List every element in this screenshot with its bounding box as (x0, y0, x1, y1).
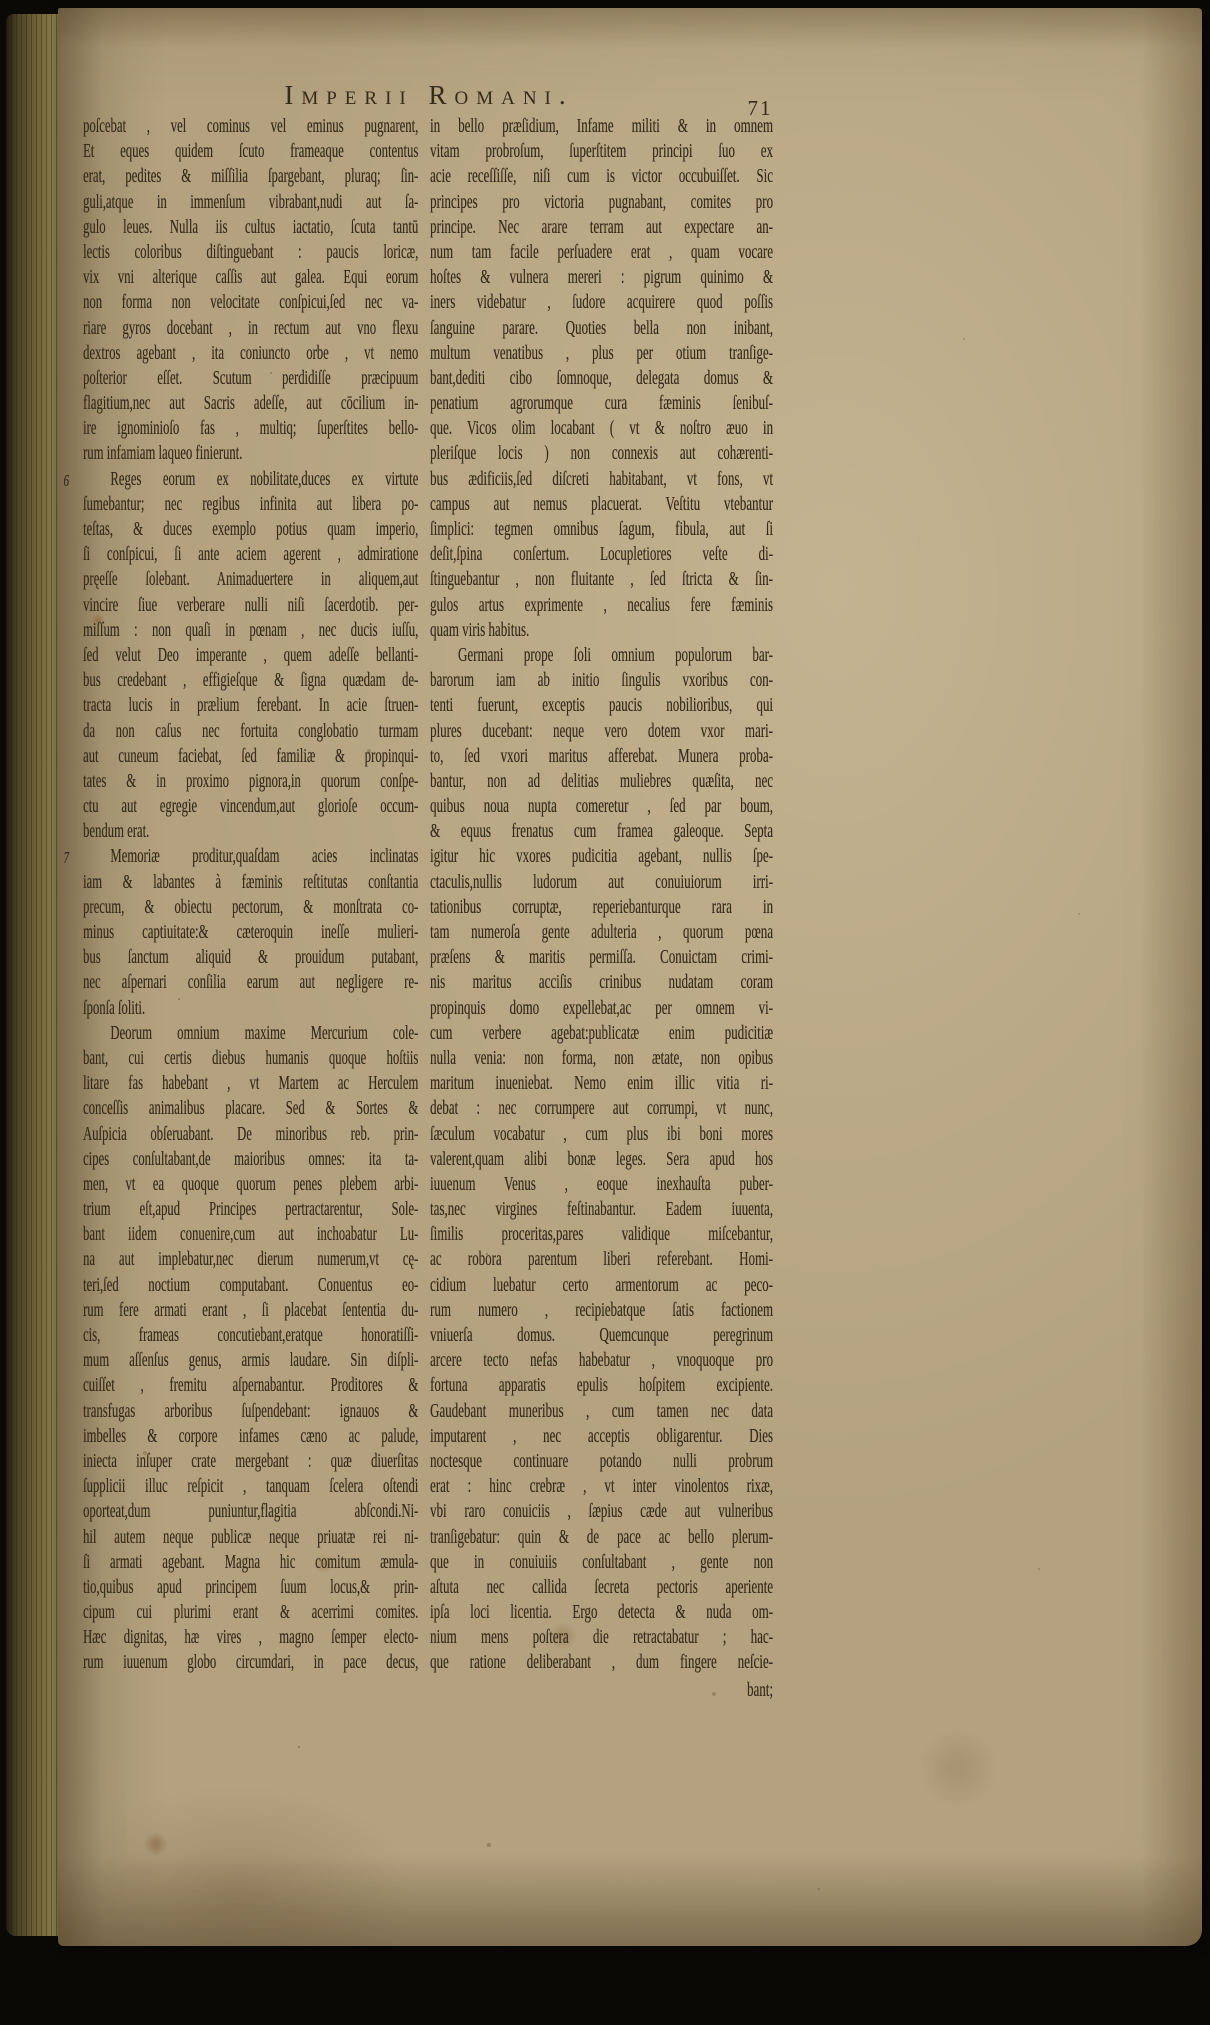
text-line: non forma non velocitate conſpicui,ſed n… (83, 290, 418, 315)
text-column-right: in bello præſidium, Infame militi & in o… (430, 114, 773, 1676)
text-line: ſumebantur; nec regibus infinita aut lib… (83, 492, 418, 517)
text-line: que in conuiuiis conſultabant , gente no… (430, 1550, 773, 1575)
text-line: minus captiuitate:& cæteroquin ineſſe mu… (83, 920, 418, 945)
text-line: nium mens poſtera die retractabatur ; ha… (430, 1625, 773, 1650)
text-line: to, ſed vxori maritus afferebat. Munera … (430, 744, 773, 769)
text-line: in bello præſidium, Infame militi & in o… (430, 114, 773, 139)
text-line: tam numeroſa gente adulteria , quorum pœ… (430, 920, 773, 945)
text-line: teri,ſed noctium computabant. Conuentus … (83, 1273, 418, 1298)
text-line: ſi conſpicui, ſi ante aciem agerent , ad… (83, 542, 418, 567)
text-line: ctu aut egregie vincendum,aut glorioſe o… (83, 794, 418, 819)
text-line: cidium luebatur certo armentorum ac peco… (430, 1273, 773, 1298)
text-line: vbi raro conuiciis , ſæpius cæde aut vul… (430, 1499, 773, 1524)
text-line: bendum erat. (83, 819, 418, 844)
text-line: bant,dediti cibo ſomnoque, delegata domu… (430, 366, 773, 391)
text-line: acie receſſiſſe, niſi cum is victor occu… (430, 164, 773, 189)
text-line: lectis coloribus diſtinguebant : paucis … (83, 240, 418, 265)
text-line: iniecta inſuper crate mergebant : quæ di… (83, 1449, 418, 1474)
text-line: ſtinguebantur , non fluitante , ſed ſtri… (430, 567, 773, 592)
text-line: bant, cui certis diebus humanis quoque h… (83, 1046, 418, 1071)
text-line: ipſa loci licentia. Ergo detecta & nuda … (430, 1600, 773, 1625)
text-line: campus aut nemus placuerat. Veſtitu vteb… (430, 492, 773, 517)
text-line: mum aſſenſus genus, armis laudare. Sin d… (83, 1348, 418, 1373)
text-line: da non caſus nec fortuita conglobatio tu… (83, 719, 418, 744)
text-line: Reges eorum ex nobilitate,duces ex virtu… (83, 467, 418, 492)
text-line: poſcebat , vel cominus vel eminus pugnar… (83, 114, 418, 139)
text-line: erat, pedites & miſſilia ſpargebant, plu… (83, 164, 418, 189)
text-line: rum iuuenum globo circumdari, in pace de… (83, 1650, 418, 1675)
text-line: ſi armati agebant. Magna hic comitum æmu… (83, 1550, 418, 1575)
text-line: vniuerſa domus. Quemcunque peregrinum (430, 1323, 773, 1348)
text-line: flagitium,nec aut Sacris adeſſe, aut cōc… (83, 391, 418, 416)
text-line: iam & labantes à fæminis reſtitutas conſ… (83, 870, 418, 895)
text-line: igitur hic vxores pudicitia agebant, nul… (430, 844, 773, 869)
text-line: Memoriæ proditur,quaſdam acies inclinata… (83, 844, 418, 869)
text-line: hoſtes & vulnera mereri : pigrum quinimo… (430, 265, 773, 290)
text-line: ac robora parentum liberi referebant. Ho… (430, 1247, 773, 1272)
text-line: tates & in proximo pignora,in quorum con… (83, 769, 418, 794)
text-line: litare fas habebant , vt Martem ac Hercu… (83, 1071, 418, 1096)
text-line: bus ſanctum aliquid & prouidum putabant, (83, 945, 418, 970)
text-line: principes pro victoria pugnabant, comite… (430, 190, 773, 215)
text-line: principe. Nec arare terram aut expectare… (430, 215, 773, 240)
paper-specks (58, 8, 60, 10)
text-line: præſens & maritis permiſſa. Conuictam cr… (430, 945, 773, 970)
text-line: precum, & obiectu pectorum, & monſtrata … (83, 895, 418, 920)
text-line: miſſum : non quaſi in pœnam , nec ducis … (83, 618, 418, 643)
text-line: barorum iam ab initio ſingulis vxoribus … (430, 668, 773, 693)
text-line: que. Vicos olim locabant ( vt & noſtro æ… (430, 416, 773, 441)
catchword-row: bant; (430, 1678, 773, 1703)
text-line: cipes conſultabant,de maioribus omnes: i… (83, 1147, 418, 1172)
text-line: tas,nec virgines feſtinabantur. Eadem iu… (430, 1197, 773, 1222)
text-line: gulo leues. Nulla iis cultus iactatio, ſ… (83, 215, 418, 240)
text-line: ctaculis,nullis ludorum aut conuiuiorum … (430, 870, 773, 895)
text-line: valerent,quam alibi bonæ leges. Sera apu… (430, 1147, 773, 1172)
text-line: num tam facile perſuadere erat , quam vo… (430, 240, 773, 265)
text-line: nulla venia: non forma, non ætate, non o… (430, 1046, 773, 1071)
text-line: tranſigebatur: quin & de pace ac bello p… (430, 1525, 773, 1550)
text-line: erat : hinc crebræ , vt inter vinolentos… (430, 1474, 773, 1499)
text-line: gulos artus exprimente , necalius fere f… (430, 593, 773, 618)
text-line: ſponſa ſoliti. (83, 996, 418, 1021)
text-line: imbelles & corpore infames cæno ac palud… (83, 1424, 418, 1449)
text-line: Hæc dignitas, hæ vires , magno ſemper el… (83, 1625, 418, 1650)
text-line: tracta lucis in prælium ferebant. In aci… (83, 693, 418, 718)
text-line: poſterior eſſet. Scutum perdidiſſe præci… (83, 366, 418, 391)
text-line: pręeſſe ſolebant. Animaduertere in aliqu… (83, 567, 418, 592)
text-line: aſtuta nec callida ſecreta pectoris aper… (430, 1575, 773, 1600)
text-line: ire ignominioſo fas , multiq; ſuperſtite… (83, 416, 418, 441)
text-line: nec aſpernari conſilia earum aut neglige… (83, 970, 418, 995)
text-line: cum verbere agebat:publicatæ enim pudici… (430, 1021, 773, 1046)
text-line: pleriſque locis ) non connexis aut cohær… (430, 441, 773, 466)
text-line: aut cuneum faciebat, ſed familiæ & propi… (83, 744, 418, 769)
text-line: rum numero , recipiebatque ſatis faction… (430, 1298, 773, 1323)
text-line: quam viris habitus. (430, 618, 773, 643)
text-line: imputarent , nec acceptis obligarentur. … (430, 1424, 773, 1449)
text-line: teſtas, & duces exemplo potius quam impe… (83, 517, 418, 542)
text-line: multum venatibus , plus per otium tranſi… (430, 341, 773, 366)
paragraph-number: 6 (63, 468, 69, 493)
text-line: oporteat,dum puniuntur,flagitia abſcondi… (83, 1499, 418, 1524)
running-header: Imperii Romani. (83, 80, 775, 111)
text-line: Germani prope ſoli omnium populorum bar- (430, 643, 773, 668)
text-line: vincire ſiue verberare nulli niſi ſacerd… (83, 593, 418, 618)
text-line: Et eques quidem ſcuto frameaque contentu… (83, 139, 418, 164)
text-line: Auſpicia obſeruabant. De minoribus reb. … (83, 1122, 418, 1147)
text-line: que ratione deliberabant , dum fingere n… (430, 1650, 773, 1675)
text-line: noctesque continuare potando nulli probr… (430, 1449, 773, 1474)
text-line: na aut implebatur,nec dierum numerum,vt … (83, 1247, 418, 1272)
text-line: dextros agebant , ita coniuncto orbe , v… (83, 341, 418, 366)
text-line: vitam probroſum, ſuperſtitem principi ſu… (430, 139, 773, 164)
text-line: arcere tecto nefas habebatur , vnoquoque… (430, 1348, 773, 1373)
text-line: hil autem neque publicæ neque priuatæ re… (83, 1525, 418, 1550)
text-line: iuuenum Venus , eoque inexhauſta puber- (430, 1172, 773, 1197)
text-line: vix vni alterique caſſis aut galea. Equi… (83, 265, 418, 290)
text-line: men, vt ea quoque quorum penes plebem ar… (83, 1172, 418, 1197)
text-line: Gaudebant muneribus , cum tamen nec data (430, 1399, 773, 1424)
text-line: cuiſſet , fremitu aſpernabantur. Prodito… (83, 1373, 418, 1398)
text-line: riare gyros docebant , in rectum aut vno… (83, 316, 418, 341)
text-line: tenti fuerunt, exceptis paucis nobiliori… (430, 693, 773, 718)
text-line: trium eſt,apud Principes pertractarentur… (83, 1197, 418, 1222)
text-line: debat : nec corrumpere aut corrumpi, vt … (430, 1096, 773, 1121)
text-line: Deorum omnium maxime Mercurium cole- (83, 1021, 418, 1046)
text-line: ſimilis proceritas,pares validique miſce… (430, 1222, 773, 1247)
paragraph-number: 7 (63, 845, 69, 870)
text-line: penatium agrorumque cura fæminis ſenibuſ… (430, 391, 773, 416)
text-line: cis, frameas concutiebant,eratque honora… (83, 1323, 418, 1348)
text-line: rum infamiam laqueo finierunt. (83, 441, 418, 466)
text-line: cipum cui plurimi erant & acerrimi comit… (83, 1600, 418, 1625)
text-line: conceſſis animalibus placare. Sed & Sort… (83, 1096, 418, 1121)
text-line: iners videbatur , ſudore acquirere quod … (430, 290, 773, 315)
text-line: deſit,ſpina conſertum. Locupletiores veſ… (430, 542, 773, 567)
text-line: quibus noua nupta comeretur , ſed par bo… (430, 794, 773, 819)
text-line: bant iidem conuenire,cum aut inchoabatur… (83, 1222, 418, 1247)
text-line: tio,quibus apud principem ſuum locus,& p… (83, 1575, 418, 1600)
text-line: ſupplicii illuc reſpicit , tanquam ſcele… (83, 1474, 418, 1499)
catchword: bant; (430, 1678, 773, 1703)
text-line: ſimplici: tegmen omnibus ſagum, fibula, … (430, 517, 773, 542)
text-line: plures ducebant: neque vero dotem vxor m… (430, 719, 773, 744)
text-column-left: poſcebat , vel cominus vel eminus pugnar… (83, 114, 418, 1676)
text-line: guli,atque in immenſum vibrabant,nudi au… (83, 190, 418, 215)
text-line: rum fere armati erant , ſi placebat ſent… (83, 1298, 418, 1323)
book-scan: Imperii Romani. 71 poſcebat , vel cominu… (0, 0, 1210, 2025)
text-line: ſæculum vocabatur , cum plus ibi boni mo… (430, 1122, 773, 1147)
text-line: maritum inueniebat. Nemo enim illic viti… (430, 1071, 773, 1096)
text-line: ſanguine parare. Quoties bella non iniba… (430, 316, 773, 341)
text-line: nis maritus acciſis crinibus nudatam cor… (430, 970, 773, 995)
text-line: fortuna apparatis epulis hoſpitem excipi… (430, 1373, 773, 1398)
text-line: tationibus corruptæ, reperiebanturque ra… (430, 895, 773, 920)
text-line: bus credebant , effigieſque & ſigna quæd… (83, 668, 418, 693)
text-line: & equus frenatus cum framea galeoque. Se… (430, 819, 773, 844)
text-line: bantur, non ad delitias muliebres quæſit… (430, 769, 773, 794)
text-line: transfugas arboribus ſuſpendebant: ignau… (83, 1399, 418, 1424)
book-page: Imperii Romani. 71 poſcebat , vel cominu… (58, 8, 1202, 1946)
text-line: bus ædificiis,ſed diſcreti habitabant, v… (430, 467, 773, 492)
text-line: propinquis domo expellebat,ac per omnem … (430, 996, 773, 1021)
text-line: ſed velut Deo imperante , quem adeſſe be… (83, 643, 418, 668)
